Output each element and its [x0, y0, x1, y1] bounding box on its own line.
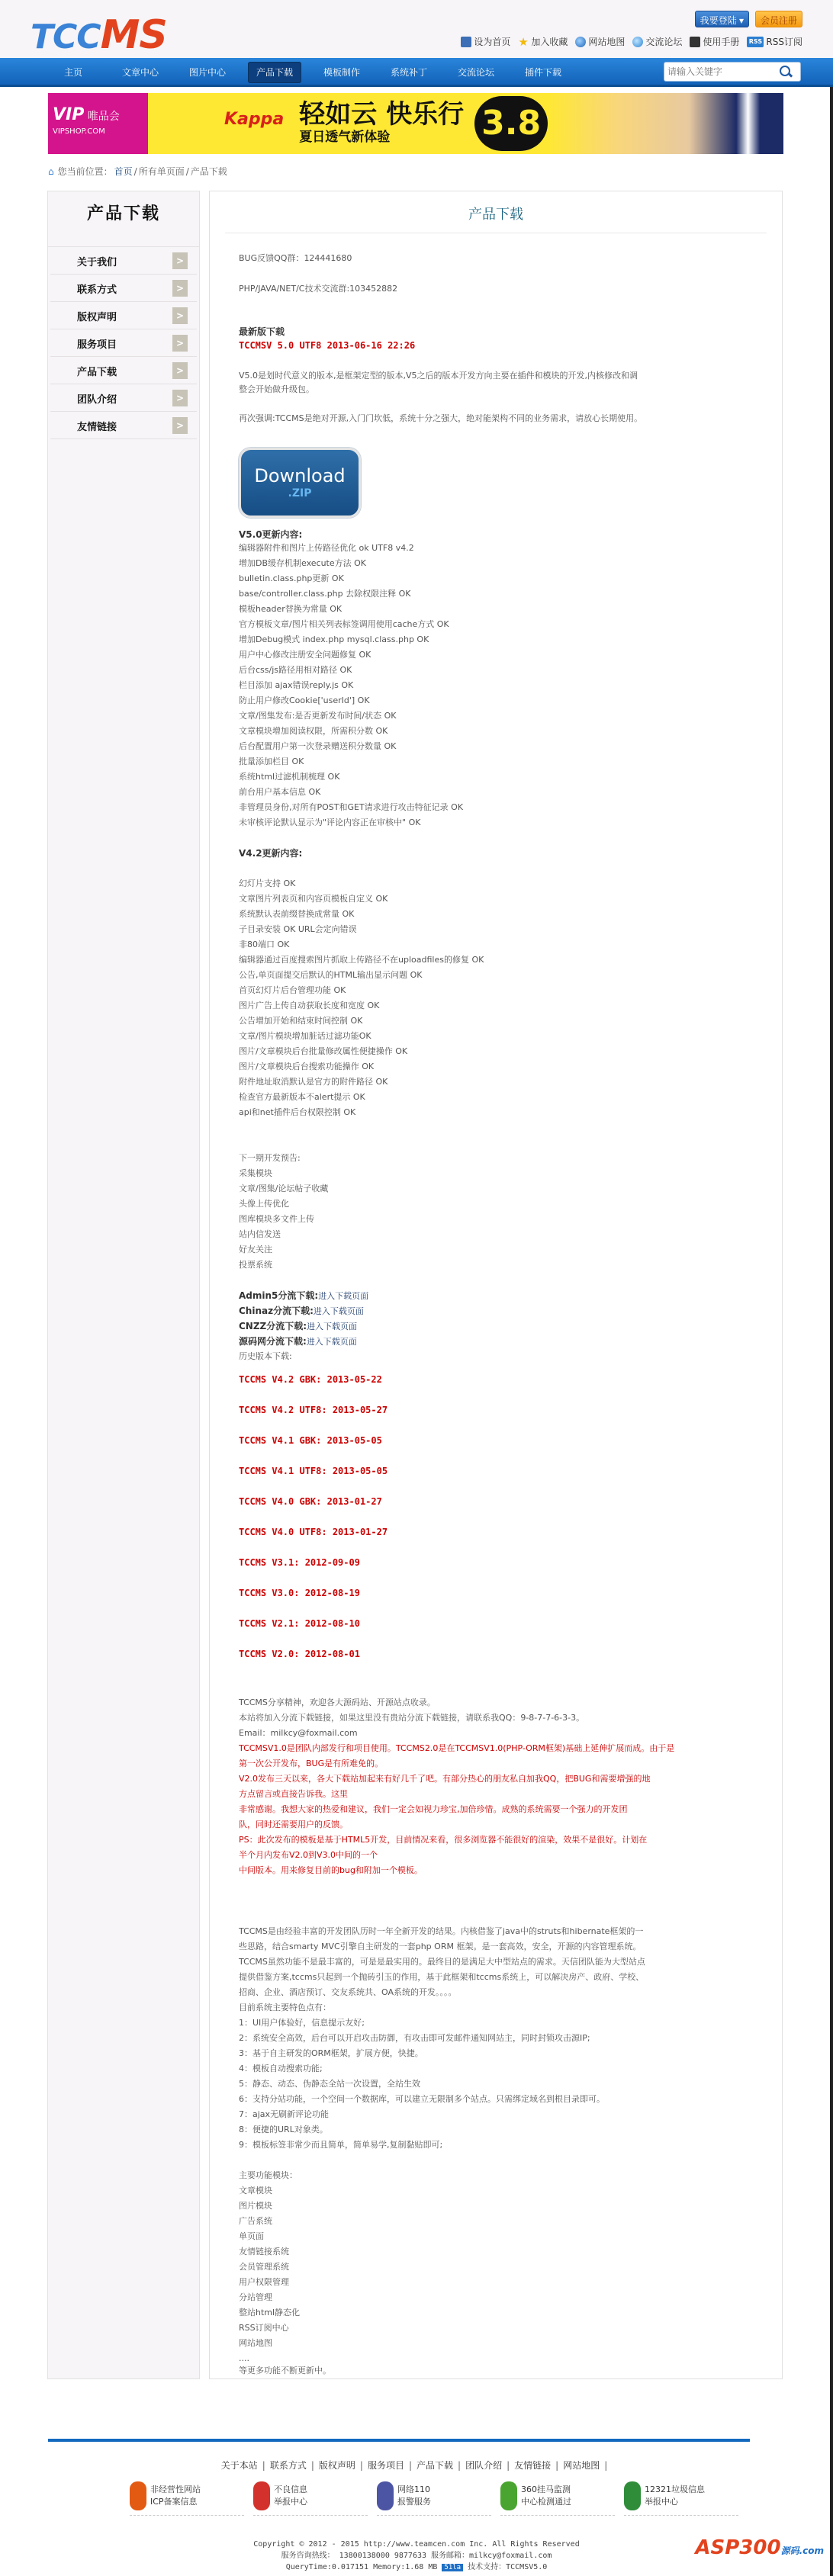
changelog-item: 公告,单页面提交后默认的HTML输出显示问题 OK: [239, 968, 484, 983]
changelog-item: bulletin.class.php更新 OK: [239, 571, 463, 586]
changelog-item: 非管理员身份,对所有POST和GET请求进行攻击特征记录 OK: [239, 800, 463, 815]
quick-link-bookmark[interactable]: ★加入收藏: [518, 35, 568, 48]
latest-heading: 最新版下载: [239, 324, 285, 339]
footer-link[interactable]: 友情链接: [514, 2460, 551, 2471]
changelog-item: 系统默认表前缀替换成常量 OK: [239, 907, 484, 922]
login-button[interactable]: 我要登陆 ▾: [695, 11, 749, 27]
breadcrumb-separator: /: [134, 166, 137, 177]
changelog-item: 后台css/js路径用相对路径 OK: [239, 663, 463, 678]
main-nav: 主页 文章中心 图片中心 产品下载 模板制作 系统补丁 交流论坛 插件下载: [0, 58, 833, 87]
mirror-cnzz: CNZZ分流下载:进入下载页面: [239, 1319, 368, 1334]
changelog-item: 文章/图集发布:是否更新发布时间/状态 OK: [239, 708, 463, 724]
main-content-panel: 产品下载 BUG反馈QQ群：124441680 PHP/JAVA/NET/C技术…: [209, 191, 783, 2379]
changelog-item: 防止用户修改Cookie['userId'] OK: [239, 693, 463, 708]
next-heading: 下一期开发预告:: [239, 1151, 301, 1166]
page-title: 产品下载: [225, 204, 767, 233]
badge-line: 举报中心: [274, 2496, 307, 2508]
badge-line: 报警服务: [397, 2496, 431, 2508]
chevron-right-icon: >: [172, 335, 188, 352]
chevron-right-icon: >: [172, 390, 188, 406]
planned-feature: 好友关注: [239, 1242, 328, 1257]
footer-link[interactable]: 网站地图: [563, 2460, 600, 2471]
logo-accent: MS: [101, 12, 167, 58]
sidebar-item-downloads[interactable]: 产品下载>: [50, 357, 197, 384]
about-line: 提供借鉴方案,tccms只起到一个抛砖引玉的作用，基于此框架和tccms系统上，…: [239, 1970, 645, 1985]
mirror-link[interactable]: 进入下载页面: [307, 1337, 357, 1347]
module-item: 整站html静态化: [239, 2305, 300, 2321]
sidebar-item-links[interactable]: 友情链接>: [50, 412, 197, 439]
certification-badge[interactable]: 360挂马监测中心检测通过: [500, 2481, 615, 2516]
about-line: 8：便捷的URL对象类。: [239, 2122, 645, 2138]
footer-link[interactable]: 产品下载: [416, 2460, 453, 2471]
badge-line: 举报中心: [645, 2496, 705, 2508]
sidebar-title: 产品下载: [48, 191, 199, 247]
banner-models-image: [548, 93, 783, 154]
release-note-line: 队，同时还需要用户的反馈。: [239, 1817, 674, 1832]
security-360-icon: [500, 2481, 517, 2510]
nav-item-downloads[interactable]: 产品下载: [241, 58, 308, 87]
banner-discount: 3.8: [474, 96, 548, 151]
quick-link-label: RSS订阅: [766, 35, 802, 48]
nav-label: 插件下载: [525, 67, 561, 78]
footer-separator: |: [360, 2460, 363, 2471]
module-item: 会员管理系统: [239, 2260, 300, 2275]
closing-text: 等更多功能不断更新中。: [239, 2363, 331, 2378]
footer-separator: |: [604, 2460, 607, 2471]
changelog-item: base/controller.class.php 去除权限注释 OK: [239, 586, 463, 602]
changelog-item: 非80端口 OK: [239, 937, 484, 952]
footer-separator: |: [507, 2460, 510, 2471]
changelog-item: 系统html过滤机制梳理 OK: [239, 769, 463, 785]
changelog-item: 编辑器附件和图片上传路径优化 ok UTF8 v4.2: [239, 541, 463, 556]
changelog-item: 后台配置用户第一次登录赠送积分数量 OK: [239, 739, 463, 754]
about-line: 招商、企业、酒店预订、交友系统共、OA系统的开发。。。。: [239, 1985, 645, 2000]
chevron-right-icon: >: [172, 252, 188, 269]
sidebar-item-services[interactable]: 服务项目>: [50, 329, 197, 357]
police-110-icon: [377, 2481, 394, 2510]
release-note-line: 中间版本。用来修复目前的bug和附加一个模板。: [239, 1863, 674, 1878]
history-version-link[interactable]: TCCMS V2.1: 2012-08-10: [239, 1616, 388, 1646]
badge-line: ICP备案信息: [150, 2496, 201, 2508]
changelog-item: 未审核评论默认显示为"评论内容正在审核中" OK: [239, 815, 463, 830]
quick-link-label: 加入收藏: [531, 35, 568, 48]
planned-feature: 投票系统: [239, 1257, 328, 1273]
watermark-logo: ASP300源码.com: [695, 2536, 824, 2559]
footer-link[interactable]: 联系方式: [270, 2460, 307, 2471]
about-tccms: TCCMS是由经验丰富的开发团队历时一年全新开发的结果。内核借鉴了java中的s…: [239, 1924, 645, 2153]
star-icon: ★: [518, 37, 529, 47]
changelog-item: 首页幻灯片后台管理功能 OK: [239, 983, 484, 998]
sidebar-item-about[interactable]: 关于我们>: [50, 247, 197, 275]
nav-item-plugins[interactable]: 插件下载: [510, 58, 577, 87]
download-zip-button[interactable]: Download .ZIP: [239, 448, 361, 518]
mirror-chinaz: Chinaz分流下载:进入下载页面: [239, 1303, 368, 1319]
module-item: 图片模块: [239, 2199, 300, 2214]
changelog-item: 编辑器通过百度搜索图片抓取上传路径不在uploadfiles的修复 OK: [239, 952, 484, 968]
breadcrumb: ⌂ 您当前位置： 首页 / 所有单页面 / 产品下载: [48, 165, 227, 178]
release-note-line: PS：此次发布的模板是基于HTML5开发，目前情况来看，很多浏览器不能很好的渲染…: [239, 1832, 674, 1848]
bug-qq-group: BUG反馈QQ群：124441680: [239, 251, 352, 266]
sidebar-item-team[interactable]: 团队介绍>: [50, 384, 197, 412]
nav-label: 交流论坛: [458, 67, 494, 78]
share-line: Email：milkcy@foxmail.com: [239, 1726, 584, 1741]
nav-label: 文章中心: [122, 67, 159, 78]
certification-badges: 非经营性网站ICP备案信息不良信息举报中心网络110报警服务360挂马监测中心检…: [130, 2481, 738, 2516]
mirror-label: CNZZ分流下载:: [239, 1321, 307, 1331]
intro-text: 整会开始做升级包。: [239, 382, 314, 397]
stats-counter-badge[interactable]: 51la: [442, 2564, 463, 2571]
release-note-line: TCCMSV1.0是团队内部发行和项目使用。TCCMS2.0是在TCCMSV1.…: [239, 1741, 674, 1756]
quick-link-label: 交流论坛: [645, 35, 682, 48]
breadcrumb-home[interactable]: 首页: [114, 165, 133, 178]
ad-banner[interactable]: VIP 唯品会VIPSHOP.COM Kappa 轻如云 快乐行夏日透气新体验 …: [48, 93, 783, 154]
module-item: 网站地图: [239, 2336, 300, 2351]
search-box: [664, 62, 801, 82]
module-item: 用户权限管理: [239, 2275, 300, 2290]
sidebar-item-contact[interactable]: 联系方式>: [50, 275, 197, 302]
query-stats: QueryTime:0.017151 Memory:1.68 MB 51la 技…: [0, 2562, 833, 2574]
history-versions: TCCMS V4.2 GBK: 2013-05-22TCCMS V4.2 UTF…: [239, 1372, 388, 1677]
badge-label: 12321垃圾信息举报中心: [645, 2484, 705, 2508]
nav-item-patches[interactable]: 系统补丁: [375, 58, 442, 87]
site-header: TCCMS 我要登陆 ▾ 会员注册 设为首页 ★加入收藏 网站地图 交流论坛 使…: [0, 0, 833, 58]
about-line: 目前系统主要特色点有：: [239, 2000, 645, 2016]
changelog-item: 前台用户基本信息 OK: [239, 785, 463, 800]
about-line: 4：模板自动搜索功能;: [239, 2061, 645, 2077]
footer-separator: |: [409, 2460, 412, 2471]
v42-heading: V4.2更新内容:: [239, 846, 302, 861]
changelog-item: 图片广告上传自动获取长度和宽度 OK: [239, 998, 484, 1013]
history-heading: 历史版本下载:: [239, 1349, 292, 1364]
about-line: 5：静态、动态、伪静态全站一次设置，全站生效: [239, 2077, 645, 2092]
footer-link[interactable]: 服务项目: [368, 2460, 404, 2471]
spam-report-icon: [624, 2481, 641, 2510]
download-format: .ZIP: [241, 487, 359, 500]
share-info: TCCMS分享精神，欢迎各大源码站、开源站点收录。本站将加入分流下载链接，如果这…: [239, 1695, 584, 1741]
mirror-admin5: Admin5分流下载:进入下载页面: [239, 1288, 368, 1303]
about-line: TCCMS虽然功能不是最丰富的，可是是最实用的。最终目的是满足大中型站点的需求。…: [239, 1954, 645, 1970]
monitor-icon: [461, 37, 471, 47]
history-version-link[interactable]: TCCMS V4.2 GBK: 2013-05-22: [239, 1372, 388, 1402]
nav-label: 系统补丁: [391, 67, 427, 78]
release-note-line: 非常感谢。我想大家的热爱和建议，我们一定会如视力珍宝,加倍珍惜。成熟的系统需要一…: [239, 1802, 674, 1817]
kappa-logo: Kappa: [224, 110, 284, 154]
badge-label: 网络110报警服务: [397, 2484, 431, 2508]
tech-support: 技术支持：TCCMSV5.0: [468, 2563, 547, 2571]
sidebar-item-label: 关于我们: [77, 254, 117, 268]
footer-separator: |: [458, 2460, 461, 2471]
query-time: QueryTime:0.017151 Memory:1.68 MB: [286, 2563, 438, 2571]
share-line: TCCMS分享精神，欢迎各大源码站、开源站点收录。: [239, 1695, 584, 1710]
module-item: 文章模块: [239, 2183, 300, 2199]
footer-divider: [48, 2439, 750, 2442]
module-item: RSS订阅中心: [239, 2321, 300, 2336]
tech-group: PHP/JAVA/NET/C技术交流群:103452882: [239, 281, 397, 297]
module-item: 分站管理: [239, 2290, 300, 2305]
quick-link-sitemap[interactable]: 网站地图: [575, 35, 625, 48]
mirror-link[interactable]: 进入下载页面: [307, 1322, 357, 1331]
watermark-sub: 源码.com: [781, 2545, 824, 2556]
about-line: 9：模板标签非常少而且简单，简单易学,复制黏贴即可;: [239, 2138, 645, 2153]
footer-separator: |: [311, 2460, 314, 2471]
quick-link-manual[interactable]: 使用手册: [690, 35, 739, 48]
globe-icon: [575, 37, 586, 47]
badge-line: 360挂马监测: [521, 2484, 571, 2496]
about-line: 些思路，结合smarty MVC引擎自主研发的一套php ORM 框架。是一套高…: [239, 1939, 645, 1954]
release-note-line: V2.0发布三天以来，各大下载站加起来有好几千了吧。有部分热心的朋友私自加我QQ…: [239, 1771, 674, 1787]
sidebar-item-copyright[interactable]: 版权声明>: [50, 302, 197, 329]
breadcrumb-separator: /: [186, 166, 189, 177]
mirror-link[interactable]: 进入下载页面: [314, 1306, 364, 1316]
mirror-link[interactable]: 进入下载页面: [318, 1291, 368, 1301]
chevron-right-icon: >: [172, 307, 188, 324]
about-line: 2：系统安全高效，后台可以开启攻击防御，有攻击即可发邮件通知网站主，同时封锁攻击…: [239, 2031, 645, 2046]
changelog-item: 图片/文章模块后台搜索功能操作 OK: [239, 1059, 484, 1074]
sidebar-item-label: 产品下载: [77, 364, 117, 378]
sidebar-item-label: 团队介绍: [77, 391, 117, 406]
mirror-downloads: Admin5分流下载:进入下载页面 Chinaz分流下载:进入下载页面 CNZZ…: [239, 1288, 368, 1349]
changelog-item: 幻灯片支持 OK: [239, 876, 484, 891]
quick-link-rss[interactable]: RSSRSS订阅: [747, 35, 802, 48]
certification-badge[interactable]: 不良信息举报中心: [253, 2481, 368, 2516]
mirror-yuanma: 源码网分流下载:进入下载页面: [239, 1334, 368, 1349]
window-edge: [830, 0, 833, 2576]
history-version-link[interactable]: TCCMS V4.0 GBK: 2013-01-27: [239, 1494, 388, 1524]
site-logo[interactable]: TCCMS: [31, 12, 167, 58]
breadcrumb-prefix: 您当前位置：: [58, 165, 113, 178]
badge-line: 非经营性网站: [150, 2484, 201, 2496]
chat-bubble-icon: [632, 37, 643, 47]
history-version-link[interactable]: TCCMS V3.1: 2012-09-09: [239, 1555, 388, 1585]
planned-feature: 文章/图集/论坛帖子收藏: [239, 1181, 328, 1196]
banner-brand: 唯品会: [88, 111, 120, 123]
changelog-item: 模板header替换为常量 OK: [239, 602, 463, 617]
release-note-line: 第一次公开发布，BUG是有所难免的。: [239, 1756, 674, 1771]
badge-label: 360挂马监测中心检测通过: [521, 2484, 571, 2508]
logo-text: TCC: [31, 18, 101, 56]
certification-badge[interactable]: 网络110报警服务: [377, 2481, 491, 2516]
breadcrumb-current: 产品下载: [191, 165, 227, 178]
nav-label: 模板制作: [323, 67, 360, 78]
download-label: Download: [241, 450, 359, 487]
changelog-item: 公告增加开始和结束时间控制 OK: [239, 1013, 484, 1029]
book-icon: [690, 37, 700, 47]
badge-label: 非经营性网站ICP备案信息: [150, 2484, 201, 2508]
account-buttons: 我要登陆 ▾ 会员注册: [695, 11, 802, 27]
sidebar-item-label: 服务项目: [77, 336, 117, 351]
changelog-item: api和net插件后台权限控制 OK: [239, 1105, 484, 1120]
banner-headline-text: 轻如云 快乐行: [299, 99, 464, 130]
planned-feature: 站内信发送: [239, 1227, 328, 1242]
v50-changelog: 编辑器附件和图片上传路径优化 ok UTF8 v4.2增加DB缓存机制execu…: [239, 541, 463, 830]
nav-label: 主页: [64, 67, 82, 78]
about-line: 3：基于自主研发的ORM框架，扩展方便，快捷。: [239, 2046, 645, 2061]
badge-line: 中心检测通过: [521, 2496, 571, 2508]
footer-link[interactable]: 版权声明: [319, 2460, 355, 2471]
chevron-right-icon: >: [172, 417, 188, 434]
planned-feature: 采集模块: [239, 1166, 328, 1181]
planned-feature: 头像上传优化: [239, 1196, 328, 1212]
release-note-line: 方点留言或直接告诉我。这里: [239, 1787, 674, 1802]
nav-label: 图片中心: [189, 67, 226, 78]
quick-link-homepage[interactable]: 设为首页: [461, 35, 510, 48]
banner-brand-url: VIPSHOP.COM: [53, 127, 105, 136]
about-line: 1：UI用户体验好，信息提示友好;: [239, 2016, 645, 2031]
release-note-line: 半个月内发布V2.0到V3.0中间的一个: [239, 1848, 674, 1863]
about-line: 6：支持分站功能，一个空间一个数据库，可以建立无限制多个站点。只需绑定域名到根目…: [239, 2092, 645, 2107]
changelog-item: 用户中心修改注册安全问题修复 OK: [239, 647, 463, 663]
module-item: 友情链接系统: [239, 2244, 300, 2260]
changelog-item: 增加Debug模式 index.php mysql.class.php OK: [239, 632, 463, 647]
next-features: 采集模块文章/图集/论坛帖子收藏头像上传优化图库模块多文件上传站内信发送好友关注…: [239, 1166, 328, 1273]
v50-heading: V5.0更新内容:: [239, 527, 302, 542]
module-item: 单页面: [239, 2229, 300, 2244]
quick-link-label: 设为首页: [474, 35, 510, 48]
history-version-link[interactable]: TCCMS V2.0: 2012-08-01: [239, 1646, 388, 1677]
changelog-item: 栏目添加 ajax错误reply.js OK: [239, 678, 463, 693]
nav-item-home[interactable]: 主页: [40, 58, 107, 87]
mirror-label: Chinaz分流下载:: [239, 1306, 314, 1316]
quick-link-label: 网站地图: [588, 35, 625, 48]
changelog-item: 图片/文章模块后台批量修改属性便捷操作 OK: [239, 1044, 484, 1059]
report-center-icon: [253, 2481, 270, 2510]
changelog-item: 批量添加栏目 OK: [239, 754, 463, 769]
chevron-right-icon: >: [172, 362, 188, 379]
changelog-item: 官方模板文章/图片相关列表标签调用使用cache方式 OK: [239, 617, 463, 632]
home-icon: ⌂: [48, 166, 54, 177]
modules-heading: 主要功能模块：: [239, 2168, 297, 2183]
footer-link[interactable]: 团队介绍: [465, 2460, 502, 2471]
certification-badge[interactable]: 非经营性网站ICP备案信息: [130, 2481, 244, 2516]
about-line: TCCMS是由经验丰富的开发团队历时一年全新开发的结果。内核借鉴了java中的s…: [239, 1924, 645, 1939]
mirror-label: 源码网分流下载:: [239, 1336, 307, 1347]
history-version-link[interactable]: TCCMS V3.0: 2012-08-19: [239, 1585, 388, 1616]
changelog-item: 子目录安装 OK URL会定向错误: [239, 922, 484, 937]
certification-badge[interactable]: 12321垃圾信息举报中心: [624, 2481, 738, 2516]
changelog-item: 检查官方最新版本不alert提示 OK: [239, 1090, 484, 1105]
badge-label: 不良信息举报中心: [274, 2484, 307, 2508]
changelog-item: 增加DB缓存机制execute方法 OK: [239, 556, 463, 571]
search-input[interactable]: [664, 66, 771, 77]
sidebar-item-label: 版权声明: [77, 309, 117, 323]
changelog-item: 附件地址取消默认是官方的附件路径 OK: [239, 1074, 484, 1090]
history-version-link[interactable]: TCCMS V4.1 GBK: 2013-05-05: [239, 1433, 388, 1463]
history-version-link[interactable]: TCCMS V4.2 UTF8: 2013-05-27: [239, 1402, 388, 1433]
badge-line: 12321垃圾信息: [645, 2484, 705, 2496]
emphasis-text: 再次强调:TCCMS是绝对开源,入门门坎低，系统十分之强大，绝对能架构不同的业务…: [239, 411, 642, 426]
search-icon[interactable]: [779, 65, 793, 79]
release-notes-red: TCCMSV1.0是团队内部发行和项目使用。TCCMS2.0是在TCCMSV1.…: [239, 1741, 674, 1878]
module-item: 广告系统: [239, 2214, 300, 2229]
quick-link-label: 使用手册: [703, 35, 739, 48]
breadcrumb-single-pages[interactable]: 所有单页面: [139, 165, 185, 178]
banner-subline: 夏日透气新体验: [299, 130, 464, 145]
footer-links: 关于本站|联系方式|版权声明|服务项目|产品下载|团队介绍|友情链接|网站地图|: [0, 2459, 833, 2472]
footer-separator: |: [555, 2460, 558, 2471]
nav-item-forum[interactable]: 交流论坛: [442, 58, 510, 87]
sidebar-item-label: 联系方式: [77, 281, 117, 296]
rss-icon: RSS: [747, 37, 764, 47]
about-line: 7：ajax无刷新评论功能: [239, 2107, 645, 2122]
nav-item-templates[interactable]: 模板制作: [308, 58, 375, 87]
watermark-text: ASP300: [695, 2536, 780, 2559]
vipshop-logo: VIP 唯品会VIPSHOP.COM: [48, 93, 148, 154]
planned-feature: 图库模块多文件上传: [239, 1212, 328, 1227]
quick-links: 设为首页 ★加入收藏 网站地图 交流论坛 使用手册 RSSRSS订阅: [461, 35, 802, 48]
modules-list: 文章模块图片模块广告系统单页面友情链接系统会员管理系统用户权限管理分站管理整站h…: [239, 2183, 300, 2351]
changelog-item: 文章模块增加阅读权限，所需积分数 OK: [239, 724, 463, 739]
mirror-label: Admin5分流下载:: [239, 1290, 318, 1301]
changelog-item: 文章/图片模块增加脏话过滤功能OK: [239, 1029, 484, 1044]
badge-line: 网络110: [397, 2484, 431, 2496]
icp-badge-icon: [130, 2481, 146, 2510]
register-button[interactable]: 会员注册: [755, 11, 802, 27]
intro-text: V5.0是划时代意义的版本,是框架定型的版本,V5之后的版本开发方向主要在插件和…: [239, 368, 638, 384]
sidebar: 产品下载 关于我们> 联系方式> 版权声明> 服务项目> 产品下载> 团队介绍>…: [47, 191, 200, 2379]
footer-link[interactable]: 关于本站: [221, 2460, 258, 2471]
banner-headline: 轻如云 快乐行夏日透气新体验: [299, 99, 464, 154]
changelog-item: 文章图片列表页和内容页模板自定义 OK: [239, 891, 484, 907]
nav-label: 产品下载: [248, 62, 301, 83]
quick-link-forum[interactable]: 交流论坛: [632, 35, 682, 48]
history-version-link[interactable]: TCCMS V4.0 UTF8: 2013-01-27: [239, 1524, 388, 1555]
sidebar-item-label: 友情链接: [77, 419, 117, 433]
latest-version: TCCMSV 5.0 UTF8 2013-06-16 22:26: [239, 338, 415, 353]
v42-changelog: 幻灯片支持 OK文章图片列表页和内容页模板自定义 OK系统默认表前缀替换成常量 …: [239, 876, 484, 1120]
chevron-right-icon: >: [172, 280, 188, 297]
badge-line: 不良信息: [274, 2484, 307, 2496]
nav-item-articles[interactable]: 文章中心: [107, 58, 174, 87]
footer-separator: |: [262, 2460, 265, 2471]
history-version-link[interactable]: TCCMS V4.1 UTF8: 2013-05-05: [239, 1463, 388, 1494]
share-line: 本站将加入分流下载链接，如果这里没有贵站分流下载链接，请联系我QQ：9-8-7-…: [239, 1710, 584, 1726]
nav-item-images[interactable]: 图片中心: [174, 58, 241, 87]
